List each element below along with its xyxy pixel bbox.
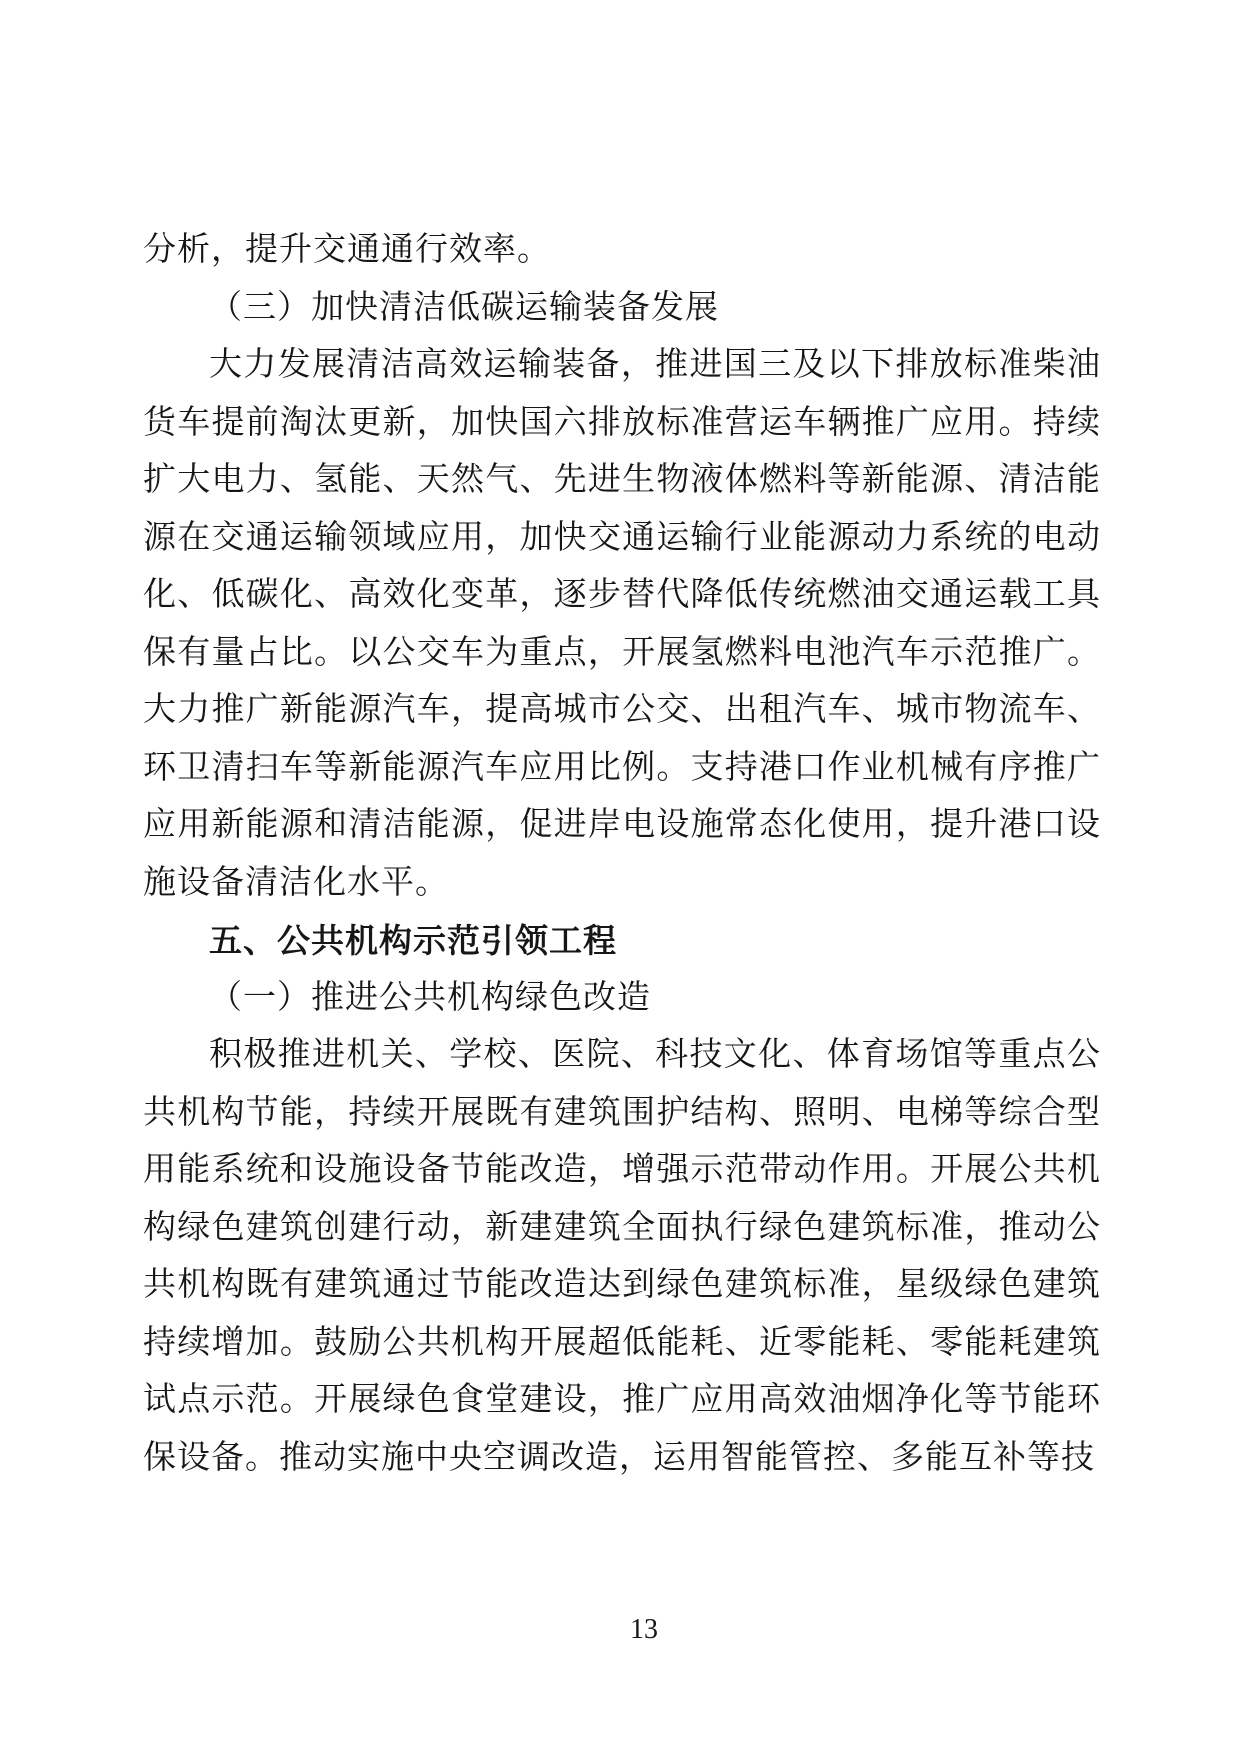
page-number: 13	[630, 1616, 658, 1644]
document-page: 分析，提升交通通行效率。 （三）加快清洁低碳运输装备发展 大力发展清洁高效运输装…	[0, 0, 1240, 1754]
chapter-heading-five: 五、公共机构示范引领工程	[143, 912, 1101, 970]
section-heading-three: （三）加快清洁低碳运输装备发展	[143, 280, 1101, 338]
paragraph-public-institutions: 积极推进机关、学校、医院、科技文化、体育场馆等重点公共机构节能，持续开展既有建筑…	[143, 1027, 1101, 1487]
paragraph-continuation: 分析，提升交通通行效率。	[143, 222, 1101, 280]
paragraph-clean-transport: 大力发展清洁高效运输装备，推进国三及以下排放标准柴油货车提前淘汰更新，加快国六排…	[143, 337, 1101, 912]
section-heading-one: （一）推进公共机构绿色改造	[143, 970, 1101, 1028]
text-block: 分析，提升交通通行效率。 （三）加快清洁低碳运输装备发展 大力发展清洁高效运输装…	[143, 222, 1101, 1487]
